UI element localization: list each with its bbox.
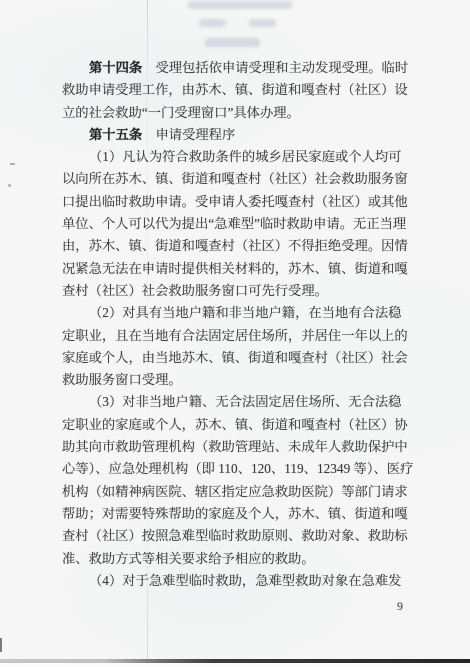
line-text: 以向所在苏木、镇、街道和嘎查村（社区）社会救助服务窗: [62, 171, 408, 186]
text-line: 第十五条 申请受理程序: [62, 124, 412, 146]
bleed-through-smudge: [249, 19, 276, 27]
bleed-through-smudge: [199, 19, 226, 27]
text-line: 救助申请受理工作，由苏木、镇、街道和嘎查村（社区）设: [62, 79, 412, 101]
text-line: （1）凡认为符合救助条件的城乡居民家庭或个人均可: [62, 146, 412, 168]
bleed-through-smudge: [188, 1, 292, 9]
line-text: 帮助；对需要特殊帮助的家庭及个人，苏木、镇、街道和嘎: [62, 506, 408, 521]
bleed-through-smudge: [205, 38, 260, 47]
text-line: 准、救助方式等相关要求给予相应的救助。: [62, 548, 412, 570]
line-text: 定职业的家庭或个人，苏木、镇、街道和嘎查村（社区）协: [62, 417, 408, 432]
text-line: 机构（如精神病医院、辖区指定应急救助医院）等部门请求: [62, 481, 412, 503]
text-line: （3）对非当地户籍、无合法固定居住场所、无合法稳: [62, 391, 412, 413]
line-text: 机构（如精神病医院、辖区指定应急救助医院）等部门请求: [62, 484, 408, 499]
text-line: 单位、个人可以代为提出“急难型”临时救助申请。无正当理: [62, 213, 412, 235]
scanned-document-page: 第十四条 受理包括依申请受理和主动发现受理。临时救助申请受理工作，由苏木、镇、街…: [0, 0, 470, 667]
line-text: 申请受理程序: [142, 127, 235, 142]
scan-speck: [8, 184, 11, 187]
text-line: 况紧急无法在申请时提供相关材料的，苏木、镇、街道和嘎: [62, 258, 412, 280]
text-line: 以向所在苏木、镇、街道和嘎查村（社区）社会救助服务窗: [62, 168, 412, 190]
line-text: 助其向市救助管理机构（救助管理站、未成年人救助保护中: [62, 439, 408, 454]
article-number-label: 第十四条: [89, 60, 142, 75]
text-line: 第十四条 受理包括依申请受理和主动发现受理。临时: [62, 57, 412, 79]
line-text: （4）对于急难型临时救助，急难型救助对象在急难发: [89, 573, 401, 588]
line-text: 受理包括依申请受理和主动发现受理。临时: [142, 60, 408, 75]
line-text: （1）凡认为符合救助条件的城乡居民家庭或个人均可: [89, 149, 401, 164]
text-line: 定职业的家庭或个人，苏木、镇、街道和嘎查村（社区）协: [62, 414, 412, 436]
text-line: 救助服务窗口受理。: [62, 369, 412, 391]
text-line: 家庭或个人，由当地苏木、镇、街道和嘎查村（社区）社会: [62, 347, 412, 369]
line-text: 心等）、应急处理机构（即 110、120、119、12349 等）、医疗: [62, 461, 413, 476]
scan-edge-mark: [0, 638, 2, 652]
text-line: 口提出临时救助申请。受申请人委托嘎查村（社区）或其他: [62, 191, 412, 213]
text-line: 由，苏木、镇、街道和嘎查村（社区）不得拒绝受理。因情: [62, 235, 412, 257]
text-line: 心等）、应急处理机构（即 110、120、119、12349 等）、医疗: [62, 458, 412, 480]
line-text: 口提出临时救助申请。受申请人委托嘎查村（社区）或其他: [62, 194, 408, 209]
text-line: 帮助；对需要特殊帮助的家庭及个人，苏木、镇、街道和嘎: [62, 503, 412, 525]
line-text: 单位、个人可以代为提出“急难型”临时救助申请。无正当理: [62, 216, 406, 231]
line-text: 准、救助方式等相关要求给予相应的救助。: [62, 551, 315, 566]
line-text: 家庭或个人，由当地苏木、镇、街道和嘎查村（社区）社会: [62, 350, 408, 365]
text-line: 查村（社区）按照急难型临时救助原则、救助对象、救助标: [62, 525, 412, 547]
text-line: 定职业，且在当地有合法固定居住场所，并居住一年以上的: [62, 325, 412, 347]
line-text: 查村（社区）按照急难型临时救助原则、救助对象、救助标: [62, 528, 408, 543]
line-text: 定职业，且在当地有合法固定居住场所，并居住一年以上的: [62, 328, 408, 343]
document-body: 第十四条 受理包括依申请受理和主动发现受理。临时救助申请受理工作，由苏木、镇、街…: [62, 57, 412, 592]
line-text: 查村（社区）社会救助服务窗口可先行受理。: [62, 283, 328, 298]
line-text: 立的社会救助“一门受理窗口”具体办理。: [62, 105, 300, 120]
text-line: 助其向市救助管理机构（救助管理站、未成年人救助保护中: [62, 436, 412, 458]
scan-speck: [10, 163, 15, 165]
text-line: 立的社会救助“一门受理窗口”具体办理。: [62, 102, 412, 124]
page-number: 9: [393, 599, 407, 613]
line-text: （2）对具有当地户籍和非当地户籍，在当地有合法稳: [89, 305, 401, 320]
text-line: （2）对具有当地户籍和非当地户籍，在当地有合法稳: [62, 302, 412, 324]
line-text: 由，苏木、镇、街道和嘎查村（社区）不得拒绝受理。因情: [62, 238, 408, 253]
scan-bottom-margin: [0, 663, 470, 667]
article-number-label: 第十五条: [89, 127, 142, 142]
line-text: 救助服务窗口受理。: [62, 372, 182, 387]
text-line: （4）对于急难型临时救助，急难型救助对象在急难发: [62, 570, 412, 592]
line-text: 救助申请受理工作，由苏木、镇、街道和嘎查村（社区）设: [62, 82, 408, 97]
text-line: 查村（社区）社会救助服务窗口可先行受理。: [62, 280, 412, 302]
line-text: （3）对非当地户籍、无合法固定居住场所、无合法稳: [89, 394, 401, 409]
line-text: 况紧急无法在申请时提供相关材料的，苏木、镇、街道和嘎: [62, 261, 408, 276]
